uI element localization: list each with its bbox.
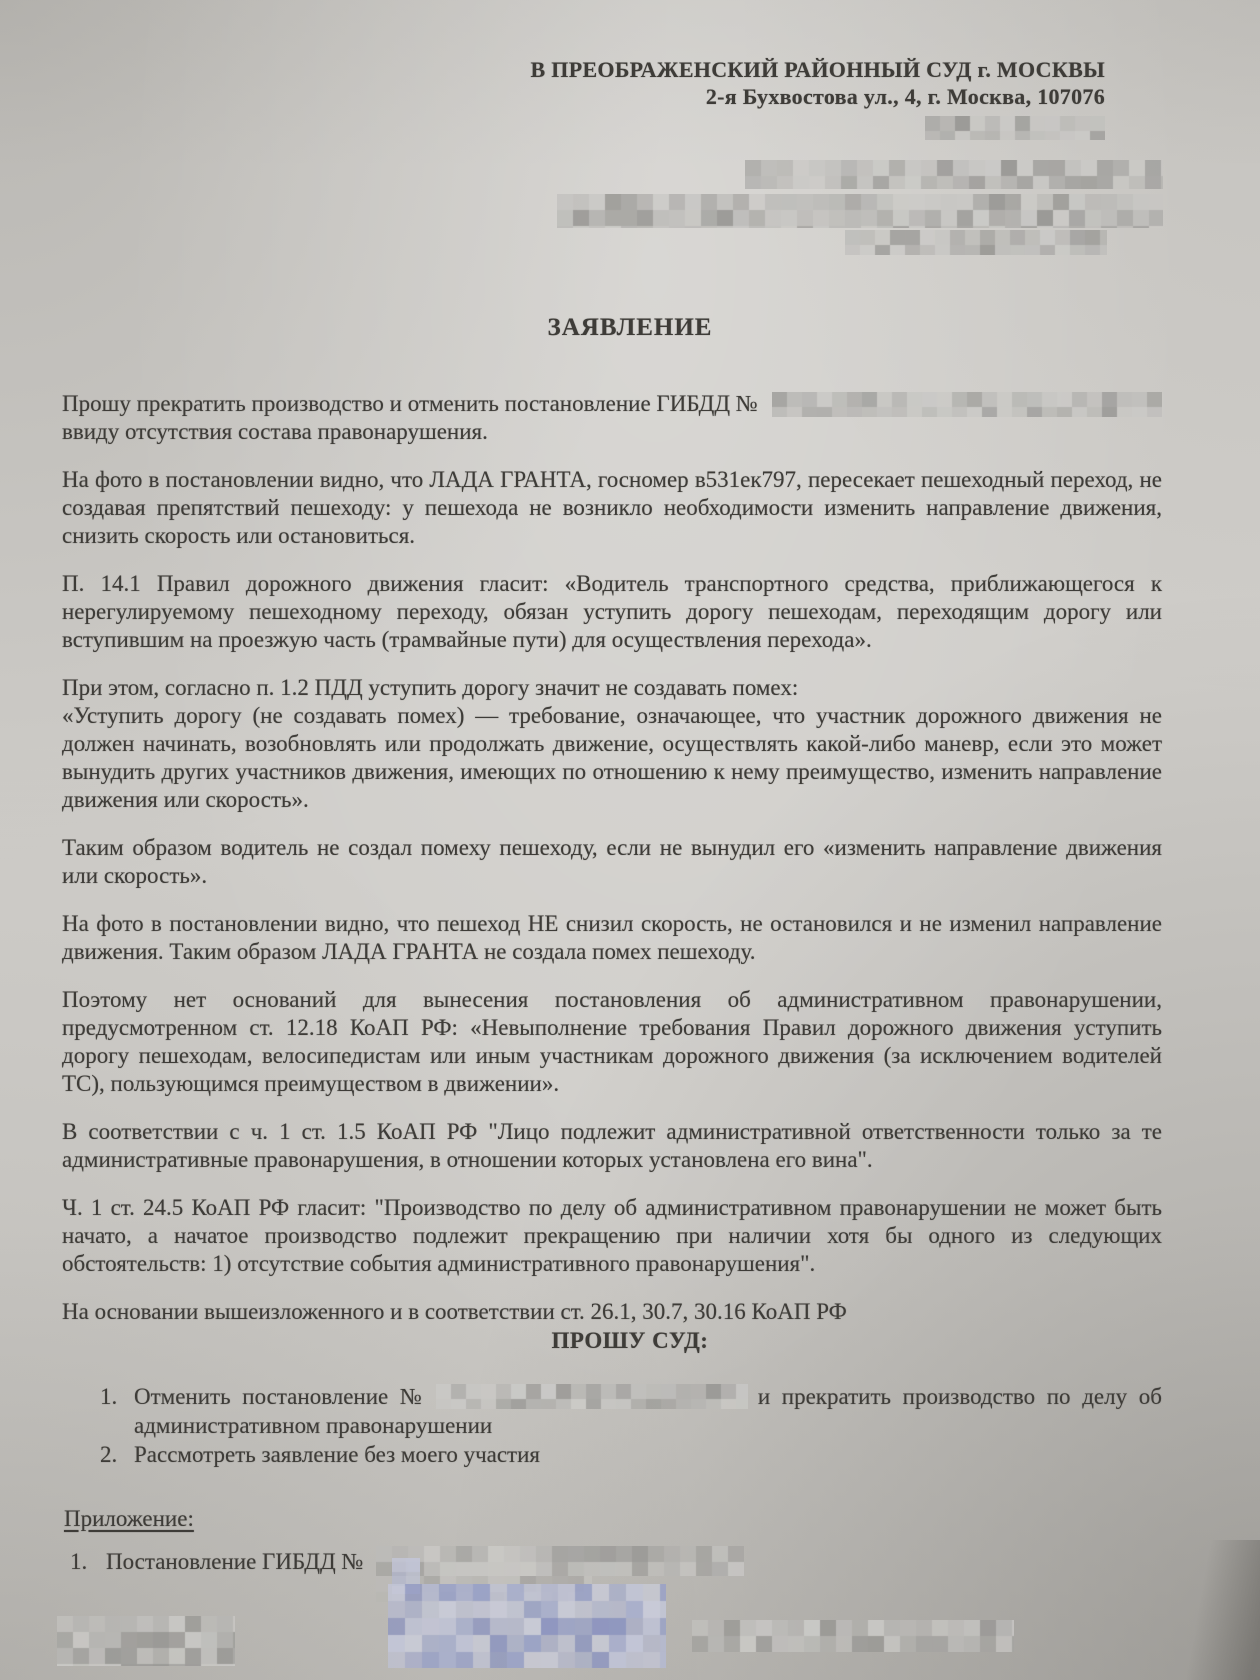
redacted-applicant-line-1 <box>925 116 1105 140</box>
paragraph-pdd-1-2-quote: «Уступить дорогу (не создавать помех) — … <box>62 702 1162 814</box>
court-name: В ПРЕОБРАЖЕНСКИЙ РАЙОННЫЙ СУД г. МОСКВЫ <box>531 56 1105 83</box>
photographed-court-application: В ПРЕОБРАЖЕНСКИЙ РАЙОННЫЙ СУД г. МОСКВЫ … <box>0 0 1260 1680</box>
document-title: ЗАЯВЛЕНИЕ <box>0 314 1260 342</box>
redacted-signatory-name <box>692 1620 1014 1652</box>
redacted-applicant-line-3 <box>557 194 1163 228</box>
paragraph-pedestrian-not-affected: На фото в постановлении видно, что пешех… <box>62 910 1162 966</box>
redacted-applicant-line-4 <box>845 230 1107 255</box>
paragraph-legal-basis: На основании вышеизложенного и в соответ… <box>62 1298 1162 1326</box>
attachment-heading: Приложение: <box>64 1506 194 1532</box>
paragraph-pdd-14-1: П. 14.1 Правил дорожного движения гласит… <box>62 570 1162 654</box>
redacted-resolution-number <box>772 392 1162 417</box>
petition-item-2: 2. Рассмотреть заявление без моего участ… <box>62 1440 1162 1469</box>
paragraph-no-hindrance: Таким образом водитель не создал помеху … <box>62 834 1162 890</box>
court-address: 2-я Бухвостова ул., 4, г. Москва, 107076 <box>531 83 1105 110</box>
redacted-date <box>57 1616 235 1666</box>
paragraph-pdd-1-2-lead: При этом, согласно п. 1.2 ПДД уступить д… <box>62 674 1162 702</box>
petition-item-2-number: 2. <box>62 1440 134 1469</box>
paragraph-koap-24-5: Ч. 1 ст. 24.5 КоАП РФ гласит: "Производс… <box>62 1194 1162 1278</box>
intro-text-before-number: Прошу прекратить производство и отменить… <box>62 390 758 418</box>
petition-item-1-before: Отменить постановление № <box>134 1384 428 1409</box>
intro-text-after-number: ввиду отсутствия состава правонарушения. <box>62 419 488 444</box>
court-header: В ПРЕОБРАЖЕНСКИЙ РАЙОННЫЙ СУД г. МОСКВЫ … <box>531 56 1105 110</box>
petition-item-1-text: Отменить постановление №и прекратить про… <box>134 1382 1162 1440</box>
redacted-attachment-number-row1 <box>376 1546 744 1576</box>
petition-list: 1. Отменить постановление №и прекратить … <box>62 1382 1162 1469</box>
attachment-item-1-number: 1. <box>62 1548 106 1576</box>
attachment-item-1-text: Постановление ГИБДД № <box>106 1548 363 1576</box>
petition-item-1: 1. Отменить постановление №и прекратить … <box>62 1382 1162 1440</box>
petition-heading: ПРОШУ СУД: <box>0 1328 1260 1354</box>
petition-item-1-number: 1. <box>62 1382 134 1440</box>
petition-item-2-text: Рассмотреть заявление без моего участия <box>134 1440 1162 1469</box>
redacted-applicant-line-2 <box>745 160 1163 189</box>
paragraph-koap-1-5: В соответствии с ч. 1 ст. 1.5 КоАП РФ "Л… <box>62 1118 1162 1174</box>
redacted-signature <box>388 1584 666 1668</box>
paragraph-photo-facts: На фото в постановлении видно, что ЛАДА … <box>62 466 1162 550</box>
redacted-resolution-number-petition <box>436 1384 748 1409</box>
paragraph-intro: Прошу прекратить производство и отменить… <box>62 390 1162 446</box>
paragraph-koap-12-18: Поэтому нет оснований для вынесения пост… <box>62 986 1162 1098</box>
paper-edge-shadow <box>1170 1540 1260 1680</box>
document-body: Прошу прекратить производство и отменить… <box>62 390 1162 1346</box>
